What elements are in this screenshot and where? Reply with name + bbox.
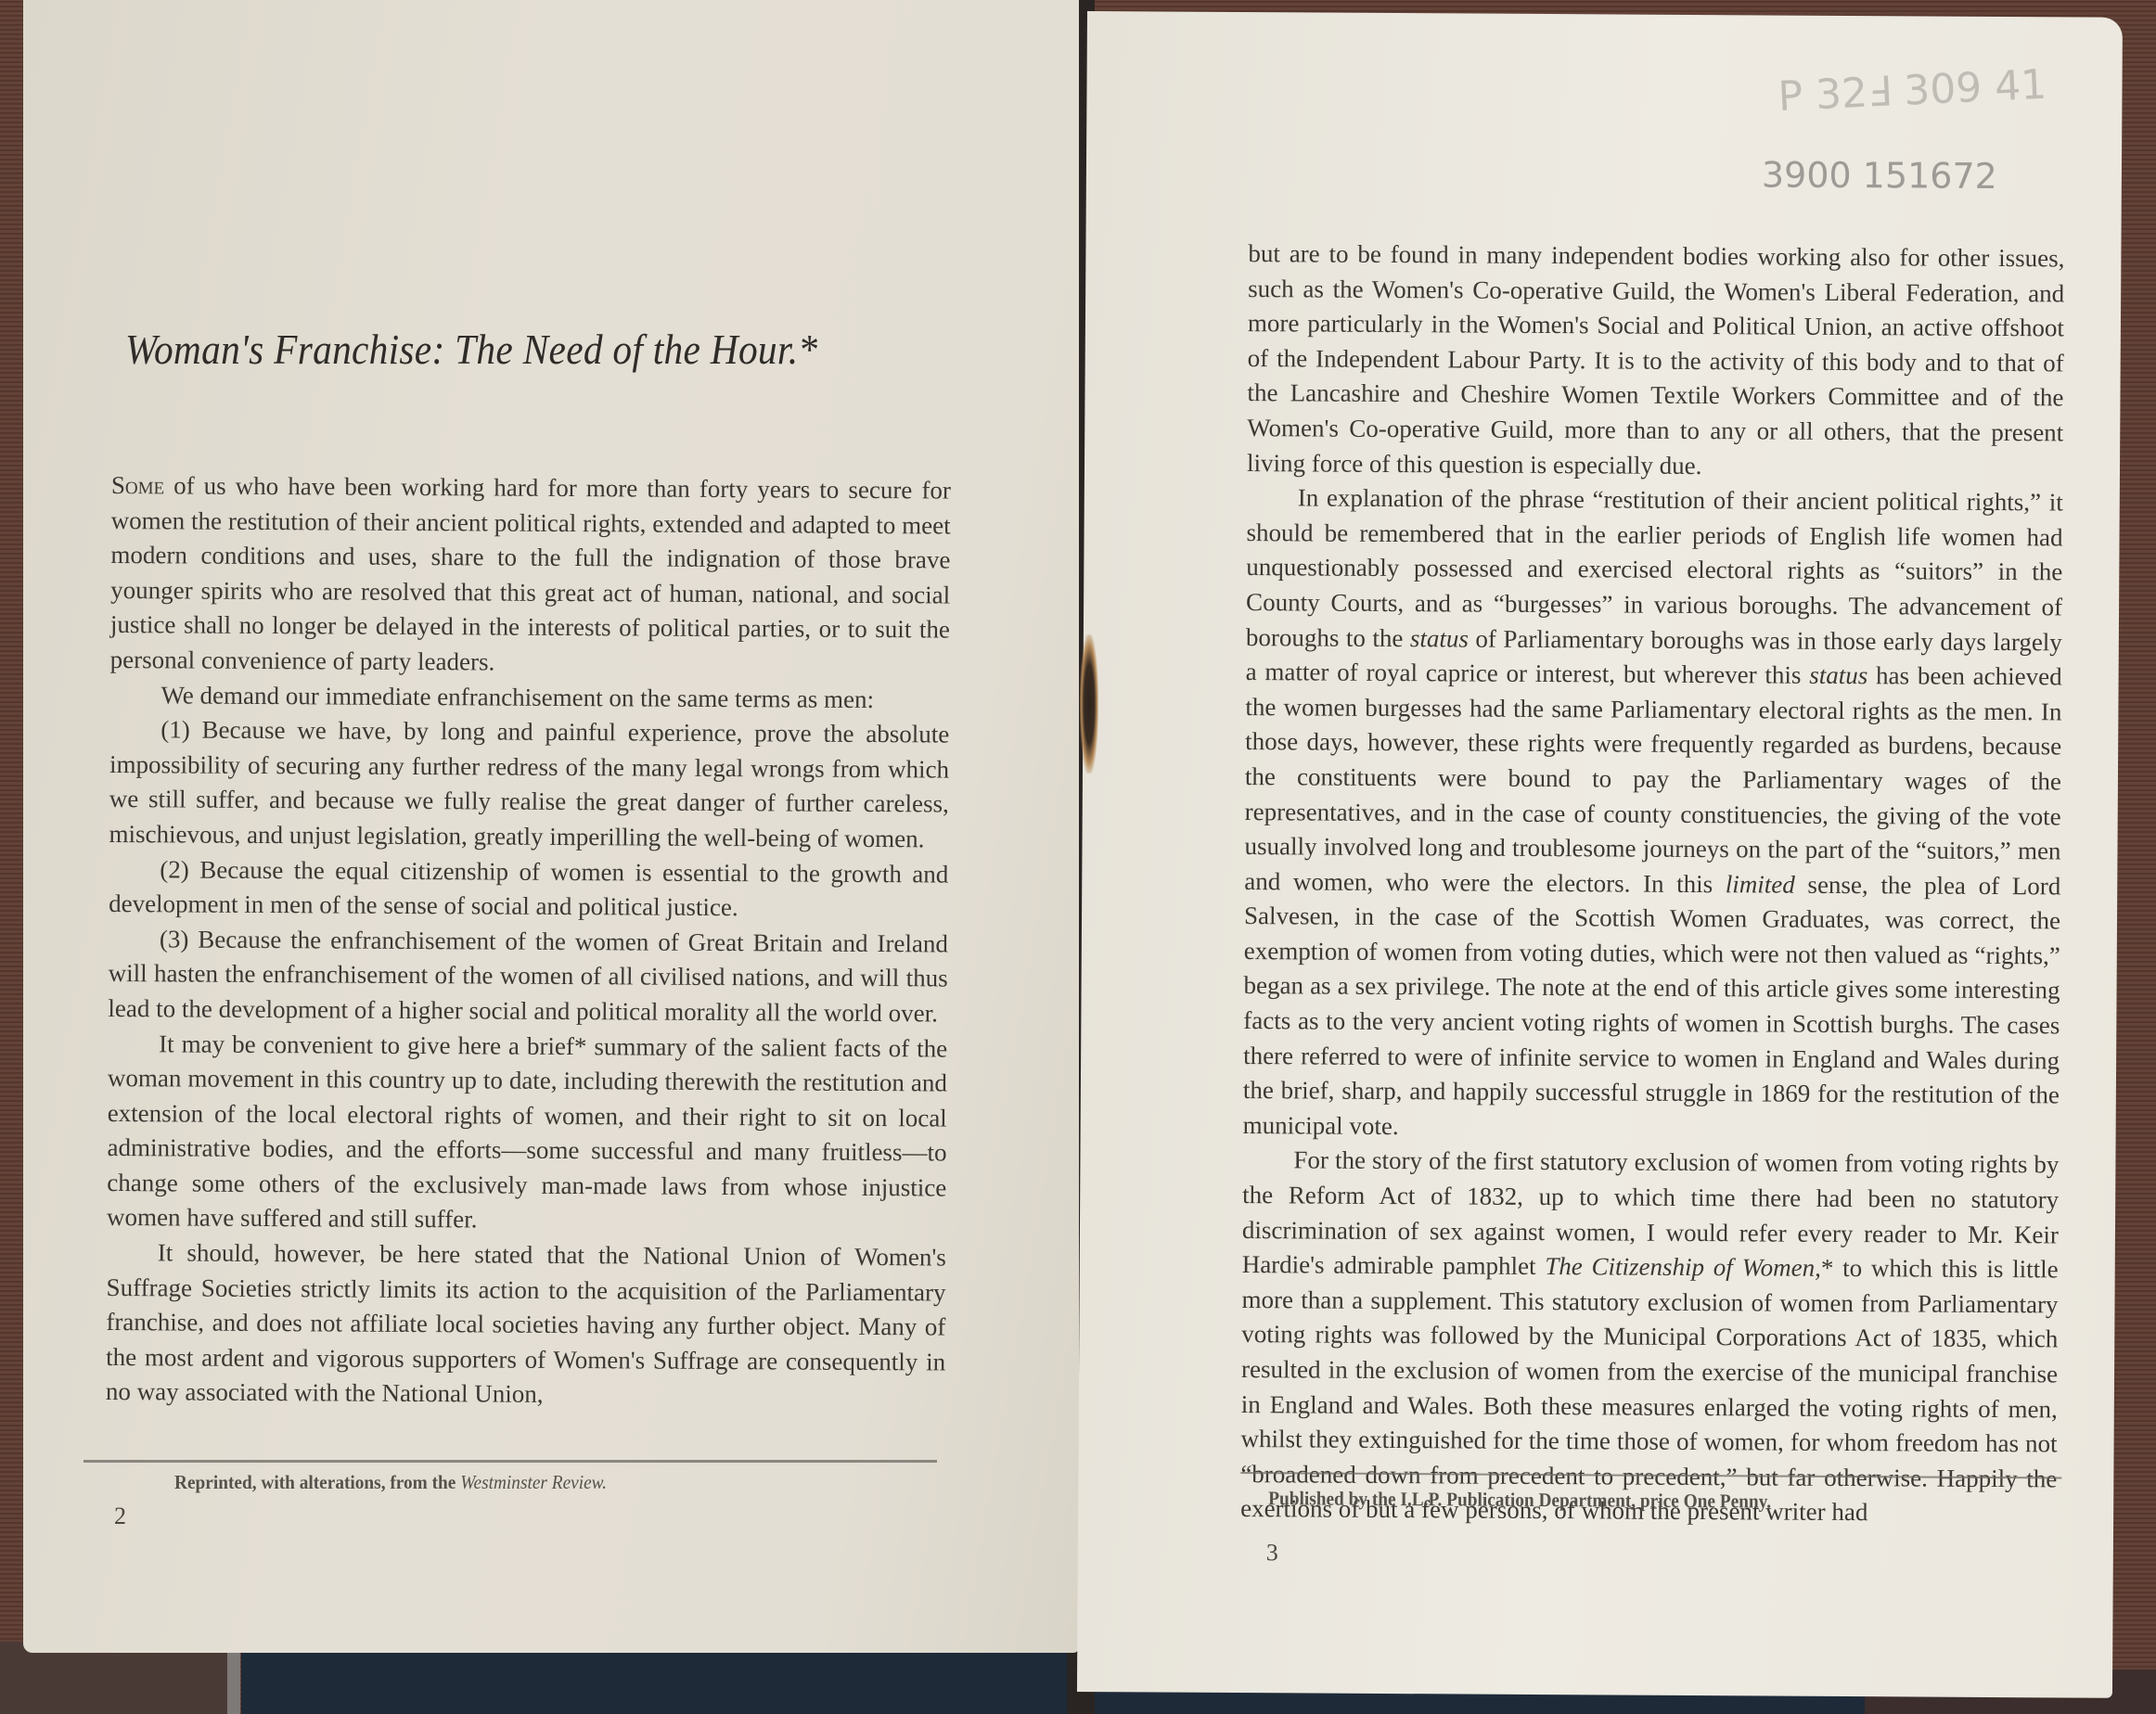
page-number-right: 3 [1266,1539,1278,1567]
footnote: Reprinted, with alterations, from the We… [174,1471,607,1494]
italic-emphasis: limited [1726,870,1795,898]
paragraph-restitution: In explanation of the phrase “restitutio… [1243,480,2063,1148]
pencil-note-catalog: 3900 151672 [1762,154,1997,197]
left-body-text: Some of us who have been working hard fo… [106,468,951,1415]
footnote-rule [83,1460,937,1463]
paragraph-national-union: It should, however, be here stated that … [106,1235,946,1414]
paragraph-intro: Some of us who have been working hard fo… [110,468,951,683]
footnote-text: Reprinted, with alterations, from the [174,1471,460,1493]
paragraph-reason-2: (2) Because the equal citizenship of wom… [109,852,948,927]
drop-lead-word: Some [111,471,164,499]
paragraph-demand: We demand our immediate enfranchisement … [109,678,949,718]
publisher-footnote: Published by the I.L.P. Publication Depa… [1268,1487,1771,1513]
italic-emphasis: status [1410,624,1469,652]
footnote-source: Westminster Review. [460,1471,607,1493]
paragraph-continued: but are to be found in many independent … [1247,237,2065,486]
right-page: P 32Ⅎ 309 41 3900 151672 but are to be f… [1077,11,2123,1698]
left-page: Woman's Franchise: The Need of the Hour.… [23,0,1079,1653]
italic-emphasis: status [1809,661,1867,689]
page-title: Woman's Franchise: The Need of the Hour.… [125,325,877,374]
right-body-text: but are to be found in many independent … [1240,237,2064,1531]
paragraph-text: of us who have been working hard for mor… [110,471,951,675]
paragraph-reason-3: (3) Because the enfranchisement of the w… [108,922,948,1031]
italic-emphasis: The Citizenship of Women, [1545,1252,1821,1282]
page-number-left: 2 [114,1503,126,1530]
staple-icon [1080,634,1098,774]
pencil-note-top: P 32Ⅎ 309 41 [1777,61,2047,121]
paragraph-summary: It may be convenient to give here a brie… [107,1026,947,1240]
paragraph-reason-1: (1) Because we have, by long and painful… [109,712,949,857]
